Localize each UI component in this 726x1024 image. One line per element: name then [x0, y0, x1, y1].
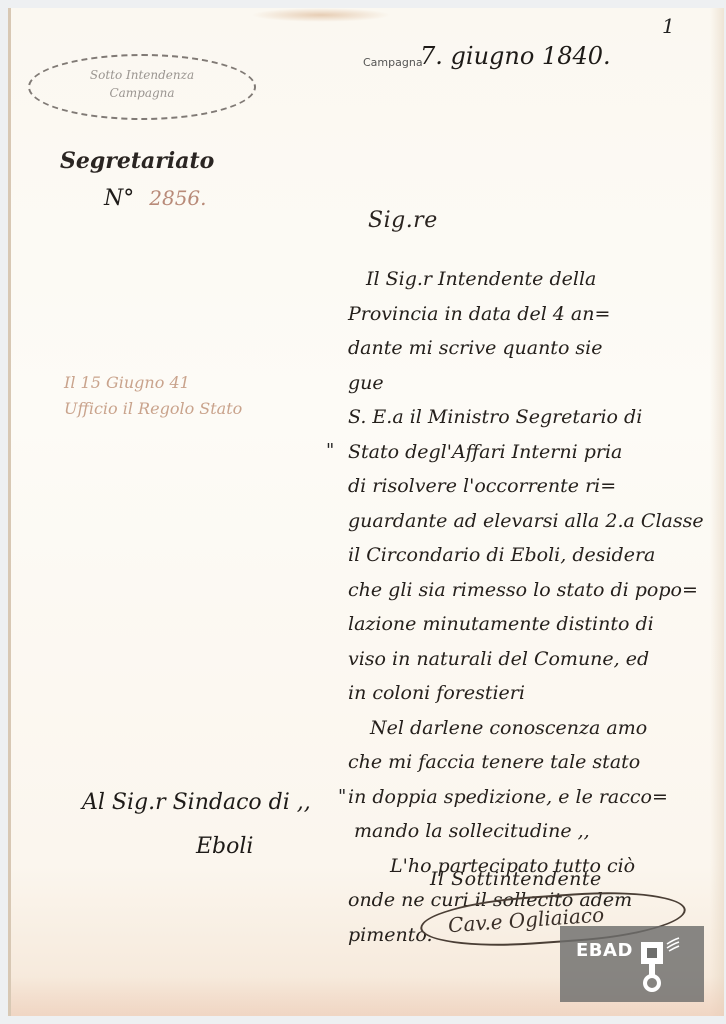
body-line: in doppia spedizione, e le racco= — [340, 780, 720, 815]
stamp-line-2: Campagna — [30, 84, 254, 102]
body-line: dante mi scrive quanto sie — [340, 331, 720, 366]
closing-title: Il Sottintendente — [430, 868, 602, 890]
quote-mark-open: " — [326, 440, 334, 461]
letter-body: Il Sig.r Intendente della Provincia in d… — [340, 262, 720, 952]
margin-annotation: Il 15 Giugno 41 Ufficio il Regolo Stato — [64, 370, 242, 422]
protocol-value: 2856. — [149, 186, 206, 210]
ebad-logo-icon — [641, 940, 681, 996]
margin-annotation-line-1: Il 15 Giugno 41 — [64, 370, 242, 396]
signal-waves-icon — [665, 936, 681, 952]
office-heading: Segretariato — [60, 148, 214, 174]
quote-mark-close: " — [338, 786, 346, 807]
salutation: Sig.re — [368, 208, 438, 233]
body-line: lazione minutamente distinto di — [340, 607, 720, 642]
page-number-mark: 1 — [662, 14, 675, 38]
body-line: Provincia in data del 4 an= — [340, 297, 720, 332]
body-line: Nel darlene conoscenza amo — [340, 711, 720, 746]
watermark-label: EBAD — [576, 940, 633, 961]
stamp-line-1: Sotto Intendenza — [30, 66, 254, 84]
margin-annotation-line-2: Ufficio il Regolo Stato — [64, 396, 242, 422]
ebad-watermark: EBAD — [560, 926, 704, 1002]
body-line: di risolvere l'occorrente ri= — [340, 469, 720, 504]
body-line: che mi faccia tenere tale stato — [340, 745, 720, 780]
body-line: guardante ad elevarsi alla 2.a Classe — [340, 504, 720, 539]
addressee-line-1: Al Sig.r Sindaco di ,, — [82, 790, 311, 815]
addressee-line-2: Eboli — [196, 834, 253, 859]
place-stamp: Campagna — [363, 56, 423, 69]
body-line: che gli sia rimesso lo stato di popo= — [340, 573, 720, 608]
letter-date: 7. giugno 1840. — [420, 42, 611, 70]
paper-stain — [251, 8, 391, 22]
body-line: S. E.a il Ministro Segretario di — [340, 400, 720, 435]
protocol-prefix: N° — [104, 186, 134, 211]
body-line: mando la sollecitudine ,, — [340, 814, 720, 849]
protocol-number: N° 2856. — [104, 186, 207, 211]
body-line: gue — [340, 366, 720, 401]
body-line: viso in naturali del Comune, ed — [340, 642, 720, 677]
body-line: Stato degl'Affari Interni pria — [340, 435, 720, 470]
body-line: il Circondario di Eboli, desidera — [340, 538, 720, 573]
office-stamp: Sotto Intendenza Campagna — [28, 54, 256, 120]
body-line: Il Sig.r Intendente della — [340, 262, 720, 297]
body-line: in coloni forestieri — [340, 676, 720, 711]
